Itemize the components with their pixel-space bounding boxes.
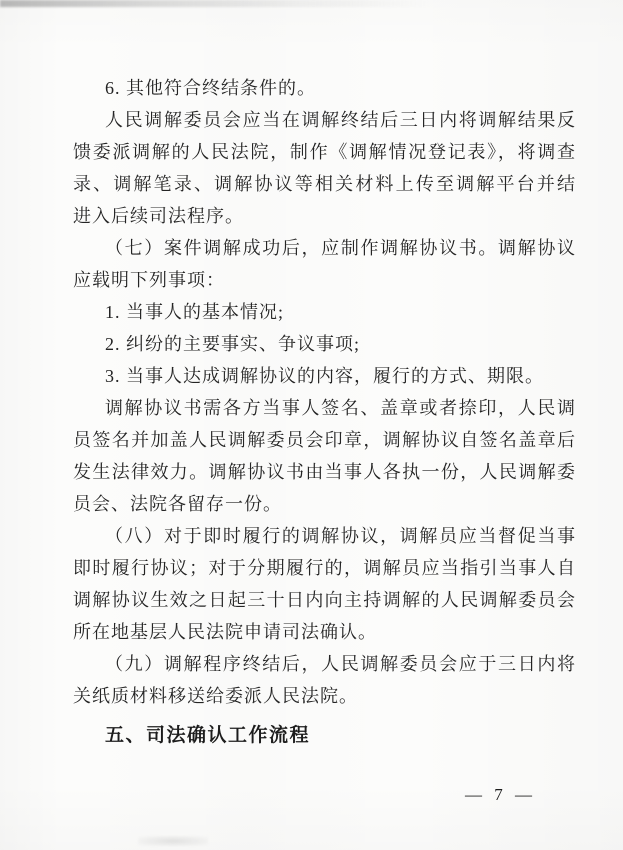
paragraph: 2. 纠纷的主要事实、争议事项; bbox=[73, 328, 576, 360]
document-line: 员会、法院各留存一份。 bbox=[73, 488, 576, 520]
document-line: 五、司法确认工作流程 bbox=[73, 720, 576, 752]
document-line: 1. 当事人的基本情况; bbox=[73, 296, 576, 328]
document-line: 人民调解委员会应当在调解终结后三日内将调解结果反 bbox=[73, 104, 576, 136]
document-line: （七）案件调解成功后，应制作调解协议书。调解协议书 bbox=[73, 232, 576, 264]
section-heading: 五、司法确认工作流程 bbox=[73, 720, 576, 752]
document-line: 6. 其他符合终结条件的。 bbox=[73, 72, 576, 104]
document-body: 6. 其他符合终结条件的。人民调解委员会应当在调解终结后三日内将调解结果反馈委派… bbox=[73, 72, 576, 752]
document-line: （八）对于即时履行的调解协议，调解员应当督促当事人 bbox=[73, 520, 576, 552]
document-line: 2. 纠纷的主要事实、争议事项; bbox=[73, 328, 576, 360]
paragraph: 1. 当事人的基本情况; bbox=[73, 296, 576, 328]
document-line: 3. 当事人达成调解协议的内容，履行的方式、期限。 bbox=[73, 360, 576, 392]
paragraph: （七）案件调解成功后，应制作调解协议书。调解协议书应载明下列事项： bbox=[73, 232, 576, 296]
document-line: 录、调解笔录、调解协议等相关材料上传至调解平台并结案， bbox=[73, 168, 576, 200]
document-line: 应载明下列事项： bbox=[73, 264, 576, 296]
document-line: 发生法律效力。调解协议书由当事人各执一份，人民调解委 bbox=[73, 456, 576, 488]
document-line: 进入后续司法程序。 bbox=[73, 200, 576, 232]
document-line: 关纸质材料移送给委派人民法院。 bbox=[73, 680, 576, 712]
paragraph: （九）调解程序终结后，人民调解委员会应于三日内将相关纸质材料移送给委派人民法院。 bbox=[73, 648, 576, 712]
scan-artifact-bottom-smudge bbox=[138, 836, 208, 846]
paragraph: 3. 当事人达成调解协议的内容，履行的方式、期限。 bbox=[73, 360, 576, 392]
document-line: 所在地基层人民法院申请司法确认。 bbox=[73, 616, 576, 648]
paragraph: 调解协议书需各方当事人签名、盖章或者捺印，人民调解员签名并加盖人民调解委员会印章… bbox=[73, 392, 576, 520]
document-line: 馈委派调解的人民法院，制作《调解情况登记表》，将调查笔 bbox=[73, 136, 576, 168]
page-number: — 7 — bbox=[465, 785, 533, 805]
document-line: （九）调解程序终结后，人民调解委员会应于三日内将相 bbox=[73, 648, 576, 680]
paragraph: 人民调解委员会应当在调解终结后三日内将调解结果反馈委派调解的人民法院，制作《调解… bbox=[73, 104, 576, 232]
paragraph: （八）对于即时履行的调解协议，调解员应当督促当事人即时履行协议；对于分期履行的，… bbox=[73, 520, 576, 648]
document-line: 调解协议生效之日起三十日内向主持调解的人民调解委员会 bbox=[73, 584, 576, 616]
document-line: 即时履行协议；对于分期履行的，调解员应当指引当事人自 bbox=[73, 552, 576, 584]
document-line: 调解协议书需各方当事人签名、盖章或者捺印，人民调解 bbox=[73, 392, 576, 424]
document-line: 员签名并加盖人民调解委员会印章，调解协议自签名盖章后 bbox=[73, 424, 576, 456]
paragraph: 6. 其他符合终结条件的。 bbox=[73, 72, 576, 104]
scan-artifact-top-edge bbox=[0, 0, 430, 7]
